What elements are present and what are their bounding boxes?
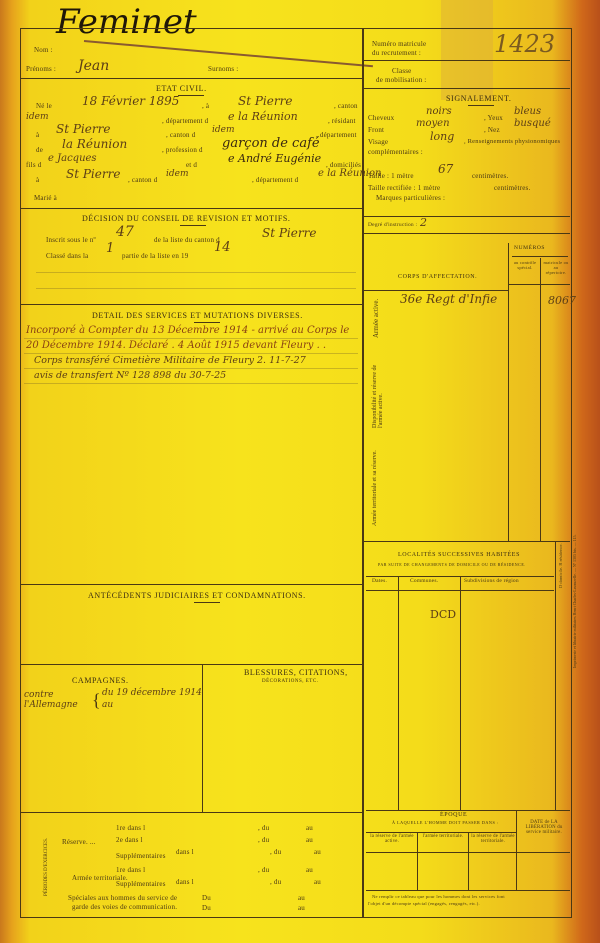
canton-label: , canton — [334, 102, 358, 110]
taille-value: 67 — [438, 162, 453, 176]
domicile-prefix: à — [36, 176, 39, 184]
marie-label: Marié à — [34, 194, 57, 202]
epoque-subtitle: À LAQUELLE L'HOMME DOIT PASSER DANS : — [392, 820, 499, 825]
departement-value: e la Réunion — [228, 110, 298, 123]
departement2-value: la Réunion — [62, 137, 127, 151]
inscrit-label: Inscrit sous le nº — [46, 236, 96, 244]
speciales-1: Spéciales aux hommes du service de — [68, 894, 177, 902]
classe-label-2: de mobilisation : — [376, 76, 426, 84]
au-label: au — [314, 848, 321, 856]
ruled-line — [24, 353, 358, 354]
inscrit-value: 47 — [116, 224, 134, 240]
brace: { — [92, 690, 101, 711]
divider — [20, 78, 362, 79]
col-subdivisions: Subdivisions de région — [464, 578, 519, 584]
residant-prefix: à — [36, 131, 39, 139]
column-divider — [398, 576, 399, 811]
campagne-left-2: l'Allemagne — [24, 700, 78, 710]
profession-label: , profession d — [162, 146, 203, 154]
title-underline — [194, 602, 220, 603]
divider — [366, 810, 570, 811]
au-label: au — [306, 836, 313, 844]
liste-value: St Pierre — [262, 226, 316, 240]
disponibilite-label: Disponibilité et réserve de l'armée acti… — [372, 348, 384, 428]
au-label: au — [314, 878, 321, 886]
column-divider — [417, 832, 418, 890]
numero-matricule-value: 1423 — [494, 30, 555, 58]
du-label: , du — [270, 878, 281, 886]
epoque-footnote-1: Ne remplir ce tableau que pour les homme… — [372, 894, 505, 899]
col-communes: Communes. — [410, 578, 438, 584]
ne-le-value: 18 Février 1895 — [82, 94, 179, 108]
divider — [362, 88, 570, 89]
column-divider — [468, 832, 469, 890]
taille-rectifiee-label: Taille rectifiée : 1 mètre — [368, 184, 440, 192]
marques-label: Marques particulières : — [376, 194, 445, 202]
military-record-page: Feminet Nom : Prénoms : Jean Surnoms : N… — [16, 28, 576, 918]
column-divider — [508, 243, 509, 541]
divider — [20, 208, 362, 209]
departement2-label: , département — [316, 131, 357, 139]
partie-value: 14 — [214, 240, 231, 255]
ruled-line — [36, 288, 356, 289]
divider — [20, 664, 362, 665]
renseignements-label: , Renseignements physionomiques — [464, 138, 560, 145]
nez-value: busqué — [514, 118, 551, 129]
divider — [362, 290, 508, 291]
taille-label: Taille : 1 mètre — [368, 172, 414, 180]
campagne-right-1: du 19 décembre 1914 — [102, 688, 202, 698]
au-label: au — [298, 904, 305, 912]
title-underline — [194, 322, 220, 323]
numero-matricule-label-2: du recrutement : — [372, 49, 421, 57]
epoque-col-2: l'armée territoriale. — [420, 834, 466, 839]
divider — [366, 890, 570, 891]
territoriale-supp: Supplémentaires — [116, 880, 166, 888]
du-label: , du — [258, 866, 269, 874]
ruled-line — [24, 383, 358, 384]
taille-unit: centimètres. — [472, 172, 508, 180]
column-divider — [516, 810, 517, 890]
controle-header: au contrôle spécial. — [512, 260, 538, 270]
blessures-subtitle: DÉCORATIONS, ETC. — [262, 679, 318, 684]
epoque-col-3: la réserve de l'armée territoriale. — [471, 834, 515, 844]
ruled-line — [24, 368, 358, 369]
divider — [366, 852, 570, 853]
canton2-label: , canton d — [166, 131, 195, 139]
campagnes-title: CAMPAGNES. — [72, 676, 129, 685]
prenoms-label: Prénoms : — [26, 65, 56, 73]
taille-rectifiee-unit: centimètres. — [494, 184, 530, 192]
column-divider — [460, 576, 461, 811]
divider — [366, 576, 554, 577]
numero-matricule-label-1: Numéro matricule — [372, 40, 426, 48]
reserve-1: 1re dans l — [116, 824, 145, 832]
du-upper: Du — [202, 904, 211, 912]
profession-value: garçon de café — [222, 136, 320, 151]
territoriale-label: Armée territoriale et sa réserve. — [372, 436, 378, 526]
degre-label: Degré d'instruction : — [368, 222, 417, 228]
nez-label: , Nez — [484, 126, 500, 134]
visage-value: long — [430, 130, 454, 143]
divider — [362, 60, 570, 61]
service-line-2: 20 Décembre 1914. Déclaré . 4 Août 1915 … — [26, 340, 326, 351]
lieu-naissance-value: St Pierre — [238, 94, 292, 108]
epoque-col-1: la réserve de l'armée active. — [368, 834, 416, 844]
column-divider — [202, 664, 203, 812]
speciales-2: garde des voies de communication. — [72, 903, 177, 911]
front-value: moyen — [416, 118, 450, 129]
divider — [362, 233, 570, 234]
ne-le-label: Né le — [36, 102, 52, 110]
canton3-value: idem — [166, 169, 189, 179]
epoque-title: ÉPOQUE — [440, 812, 467, 818]
divider — [508, 284, 570, 285]
divider — [366, 590, 554, 591]
column-divider — [555, 541, 556, 811]
territoriale-1: 1re dans l — [116, 866, 145, 874]
departement2-prefix: de — [36, 146, 43, 154]
antecedents-title: ANTÉCÉDENTS JUDICIAIRES ET CONDAMNATIONS… — [88, 591, 306, 600]
divider — [20, 584, 362, 585]
divider — [20, 304, 362, 305]
ruled-line — [36, 272, 356, 273]
divider — [362, 216, 570, 217]
title-underline — [180, 225, 206, 226]
et-label: et d — [186, 161, 197, 169]
du-label: , du — [270, 848, 281, 856]
matricule-value: 8067 — [548, 294, 576, 307]
liste-label: de la liste du canton d — [154, 236, 220, 244]
column-divider — [540, 258, 541, 541]
departement3-label: , département d — [252, 176, 298, 184]
campagne-right-2: au — [102, 700, 113, 710]
services-title: DETAIL DES SERVICES ET MUTATIONS DIVERSE… — [92, 311, 303, 320]
front-label: Front — [368, 126, 384, 134]
localite-entry: DCD — [430, 608, 456, 621]
canton-value: idem — [26, 112, 49, 122]
ruled-line — [24, 338, 358, 339]
dans-label: dans l — [176, 848, 194, 856]
service-line-3: Corps transféré Cimetière Militaire de F… — [34, 355, 306, 366]
domicile-value: St Pierre — [66, 167, 120, 181]
pere-value: e Jacques — [48, 153, 97, 164]
epoque-footnote-2: l'objet d'un décompte spécial (engagés, … — [368, 901, 480, 906]
title-underline — [468, 105, 494, 106]
mere-value: e André Eugénie — [228, 152, 321, 165]
localites-title: LOCALITÉS SUCCESSIVES HABITÉES — [398, 552, 520, 558]
du-label: , du — [258, 836, 269, 844]
au-label: au — [306, 866, 313, 874]
col-dates: Dates. — [372, 578, 387, 584]
localites-subtitle: PAR SUITE DE CHANGEMENTS DE DOMICILE OU … — [378, 562, 526, 567]
title-underline — [178, 95, 204, 96]
reserve-label: Réserve. ... — [62, 838, 96, 846]
prenoms-value: Jean — [78, 58, 109, 74]
au-label: au — [298, 894, 305, 902]
departement-label: , département d — [162, 117, 208, 125]
classe-dans-value: 1 — [106, 241, 114, 256]
a-label: , à — [202, 102, 209, 110]
printer-margin-note: Imprimerie et librairie militaires Henri… — [572, 535, 577, 669]
classe-dans-label: Classé dans la — [46, 252, 88, 260]
yeux-label: , Yeux — [484, 114, 503, 122]
cheveux-label: Cheveux — [368, 114, 394, 122]
du-label: , du — [258, 824, 269, 832]
signalement-title: SIGNALEMENT. — [446, 94, 512, 103]
divider — [366, 832, 516, 833]
corps-header: CORPS D'AFFECTATION. — [398, 274, 477, 280]
nom-label: Nom : — [34, 46, 53, 54]
numeros-header: NUMÉROS — [514, 245, 545, 251]
dans-label: dans l — [176, 878, 194, 886]
cheveux-value: noirs — [426, 106, 452, 117]
service-line-4: avis de transfert Nº 128 898 du 30-7-25 — [34, 370, 226, 381]
divider — [20, 812, 362, 813]
service-line-1: Incorporé à Compter du 13 Décembre 1914 … — [26, 325, 349, 336]
corps-value: 36e Regt d'Infie — [400, 292, 497, 306]
canton3-label: , canton d — [128, 176, 157, 184]
armee-active-label: Armée active. — [372, 299, 380, 338]
blessures-title: BLESSURES, CITATIONS, — [244, 668, 348, 677]
yeux-value: bleus — [514, 106, 541, 117]
date-liberation-header: DATE de LA LIBÉRATION du service militai… — [519, 820, 569, 835]
au-label: au — [306, 824, 313, 832]
partie-label: partie de la liste en 19 — [122, 252, 188, 260]
campagne-left-1: contre — [24, 690, 54, 700]
visage-label: Visage — [368, 138, 388, 146]
complementaires-label: complémentaires : — [368, 148, 423, 156]
col-domicile: D domicile. R résidence. — [558, 543, 563, 588]
residant-value: St Pierre — [56, 122, 110, 136]
degre-value: 2 — [420, 216, 427, 229]
etat-civil-title: ETAT CIVIL. — [156, 84, 207, 93]
divider — [362, 541, 570, 542]
periodes-side-label: PÉRIODES D'EXERCICES. — [44, 838, 49, 896]
residant-label: , résidant — [328, 117, 356, 125]
du-upper: Du — [202, 894, 211, 902]
divider — [512, 256, 568, 257]
reserve-2: 2e dans l — [116, 836, 143, 844]
fils-label: fils d — [26, 161, 41, 169]
canton2-value: idem — [212, 125, 235, 135]
surnoms-label: Surnoms : — [208, 65, 238, 73]
decision-title: DÉCISION DU CONSEIL DE REVISION ET MOTIF… — [82, 214, 291, 223]
matricule-header: matricule ou au répertoire. — [543, 260, 569, 275]
reserve-supp: Supplémentaires — [116, 852, 166, 860]
classe-label-1: Classe — [392, 67, 411, 75]
